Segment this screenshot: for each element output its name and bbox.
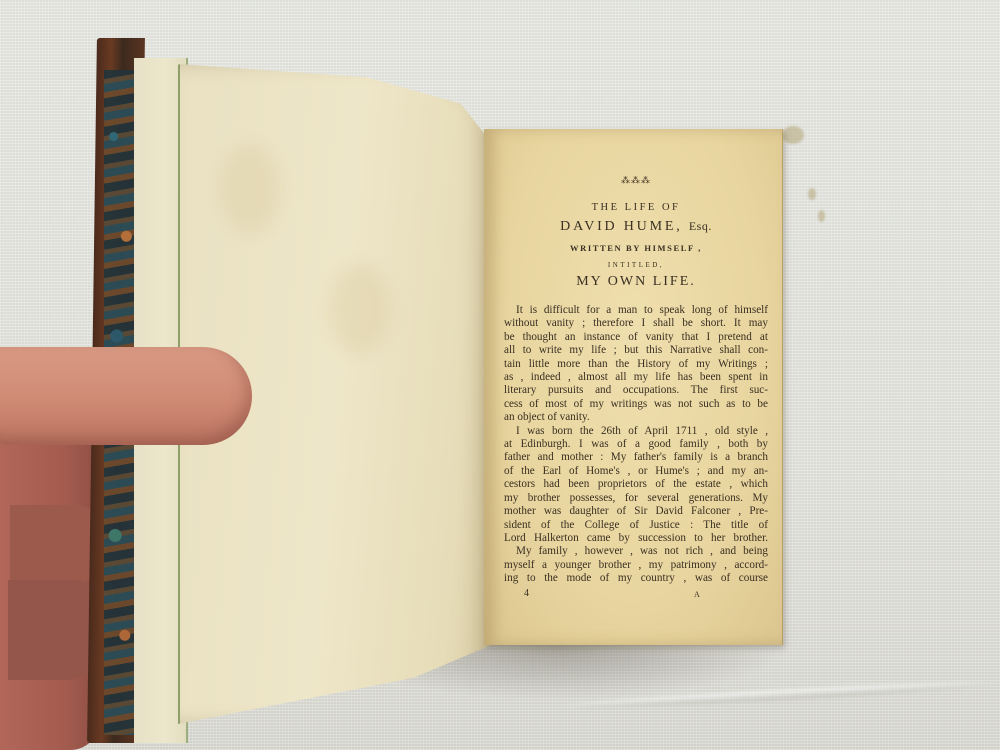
text-line: without vanity ; therefore I shall be sh… — [504, 317, 768, 330]
title-line-3: WRITTEN BY HIMSELF , — [504, 243, 768, 253]
title-name: DAVID HUME, — [560, 219, 682, 234]
title-line-1: THE LIFE OF — [504, 202, 768, 213]
text-line: sident of the College of Justice : The t… — [504, 519, 768, 532]
text-line: Lord Halkerton came by succession to her… — [504, 532, 768, 545]
cloth-stain — [782, 126, 804, 144]
title-suffix: Esq. — [689, 219, 712, 233]
foxing-spot — [220, 144, 280, 234]
signature-number: 4 — [524, 588, 529, 599]
ornament-icon: ⁂⁂⁂ — [504, 175, 768, 186]
title-line-4: INTITLED, — [504, 261, 768, 269]
text-line: literary pursuits and occupations. The f… — [504, 384, 768, 397]
text-line: at Edinburgh. I was of a good family , b… — [504, 438, 768, 451]
text-line: of the Earl of Home's , or Hume's ; and … — [504, 465, 768, 478]
text-line: be thought an instance of vanity that I … — [504, 331, 768, 344]
text-line: as , indeed , almost all my life has bee… — [504, 371, 768, 384]
text-line: cess of most of my writings was not such… — [504, 398, 768, 411]
text-line: myself a younger brother , my patrimony … — [504, 559, 768, 572]
foxing-spot — [330, 264, 390, 354]
text-line: tain little more than the History of my … — [504, 358, 768, 371]
page-text-block: ⁂⁂⁂ THE LIFE OF DAVID HUME, Esq. WRITTEN… — [504, 175, 768, 602]
page-footer: 4 A — [504, 588, 768, 602]
text-line: I was born the 26th of April 1711 , old … — [504, 425, 768, 438]
hand-index-finger — [0, 347, 252, 445]
right-page[interactable]: ⁂⁂⁂ THE LIFE OF DAVID HUME, Esq. WRITTEN… — [484, 129, 783, 645]
paragraph-1: It is difficult for a man to speak long … — [504, 304, 768, 425]
text-line: mother was daughter of Sir David Falcone… — [504, 505, 768, 518]
text-line: my brother possesses, for several genera… — [504, 492, 768, 505]
sheet-mark: A — [694, 590, 700, 599]
title-line-5: MY OWN LIFE. — [504, 274, 768, 290]
text-line: It is difficult for a man to speak long … — [504, 304, 768, 317]
text-line: My family , however , was not rich , and… — [504, 545, 768, 558]
paragraph-3: My family , however , was not rich , and… — [504, 545, 768, 585]
text-line: ing to the mode of my country , was of c… — [504, 572, 768, 585]
text-line: an object of vanity. — [504, 411, 768, 424]
text-line: father and mother : My father's family i… — [504, 451, 768, 464]
text-line: all to write my life ; but this Narrativ… — [504, 344, 768, 357]
cloth-stain — [818, 210, 825, 222]
cloth-stain — [808, 188, 816, 200]
text-line: cestors had been proprietors of the esta… — [504, 478, 768, 491]
title-line-2: DAVID HUME, Esq. — [504, 219, 768, 235]
paragraph-2: I was born the 26th of April 1711 , old … — [504, 425, 768, 546]
